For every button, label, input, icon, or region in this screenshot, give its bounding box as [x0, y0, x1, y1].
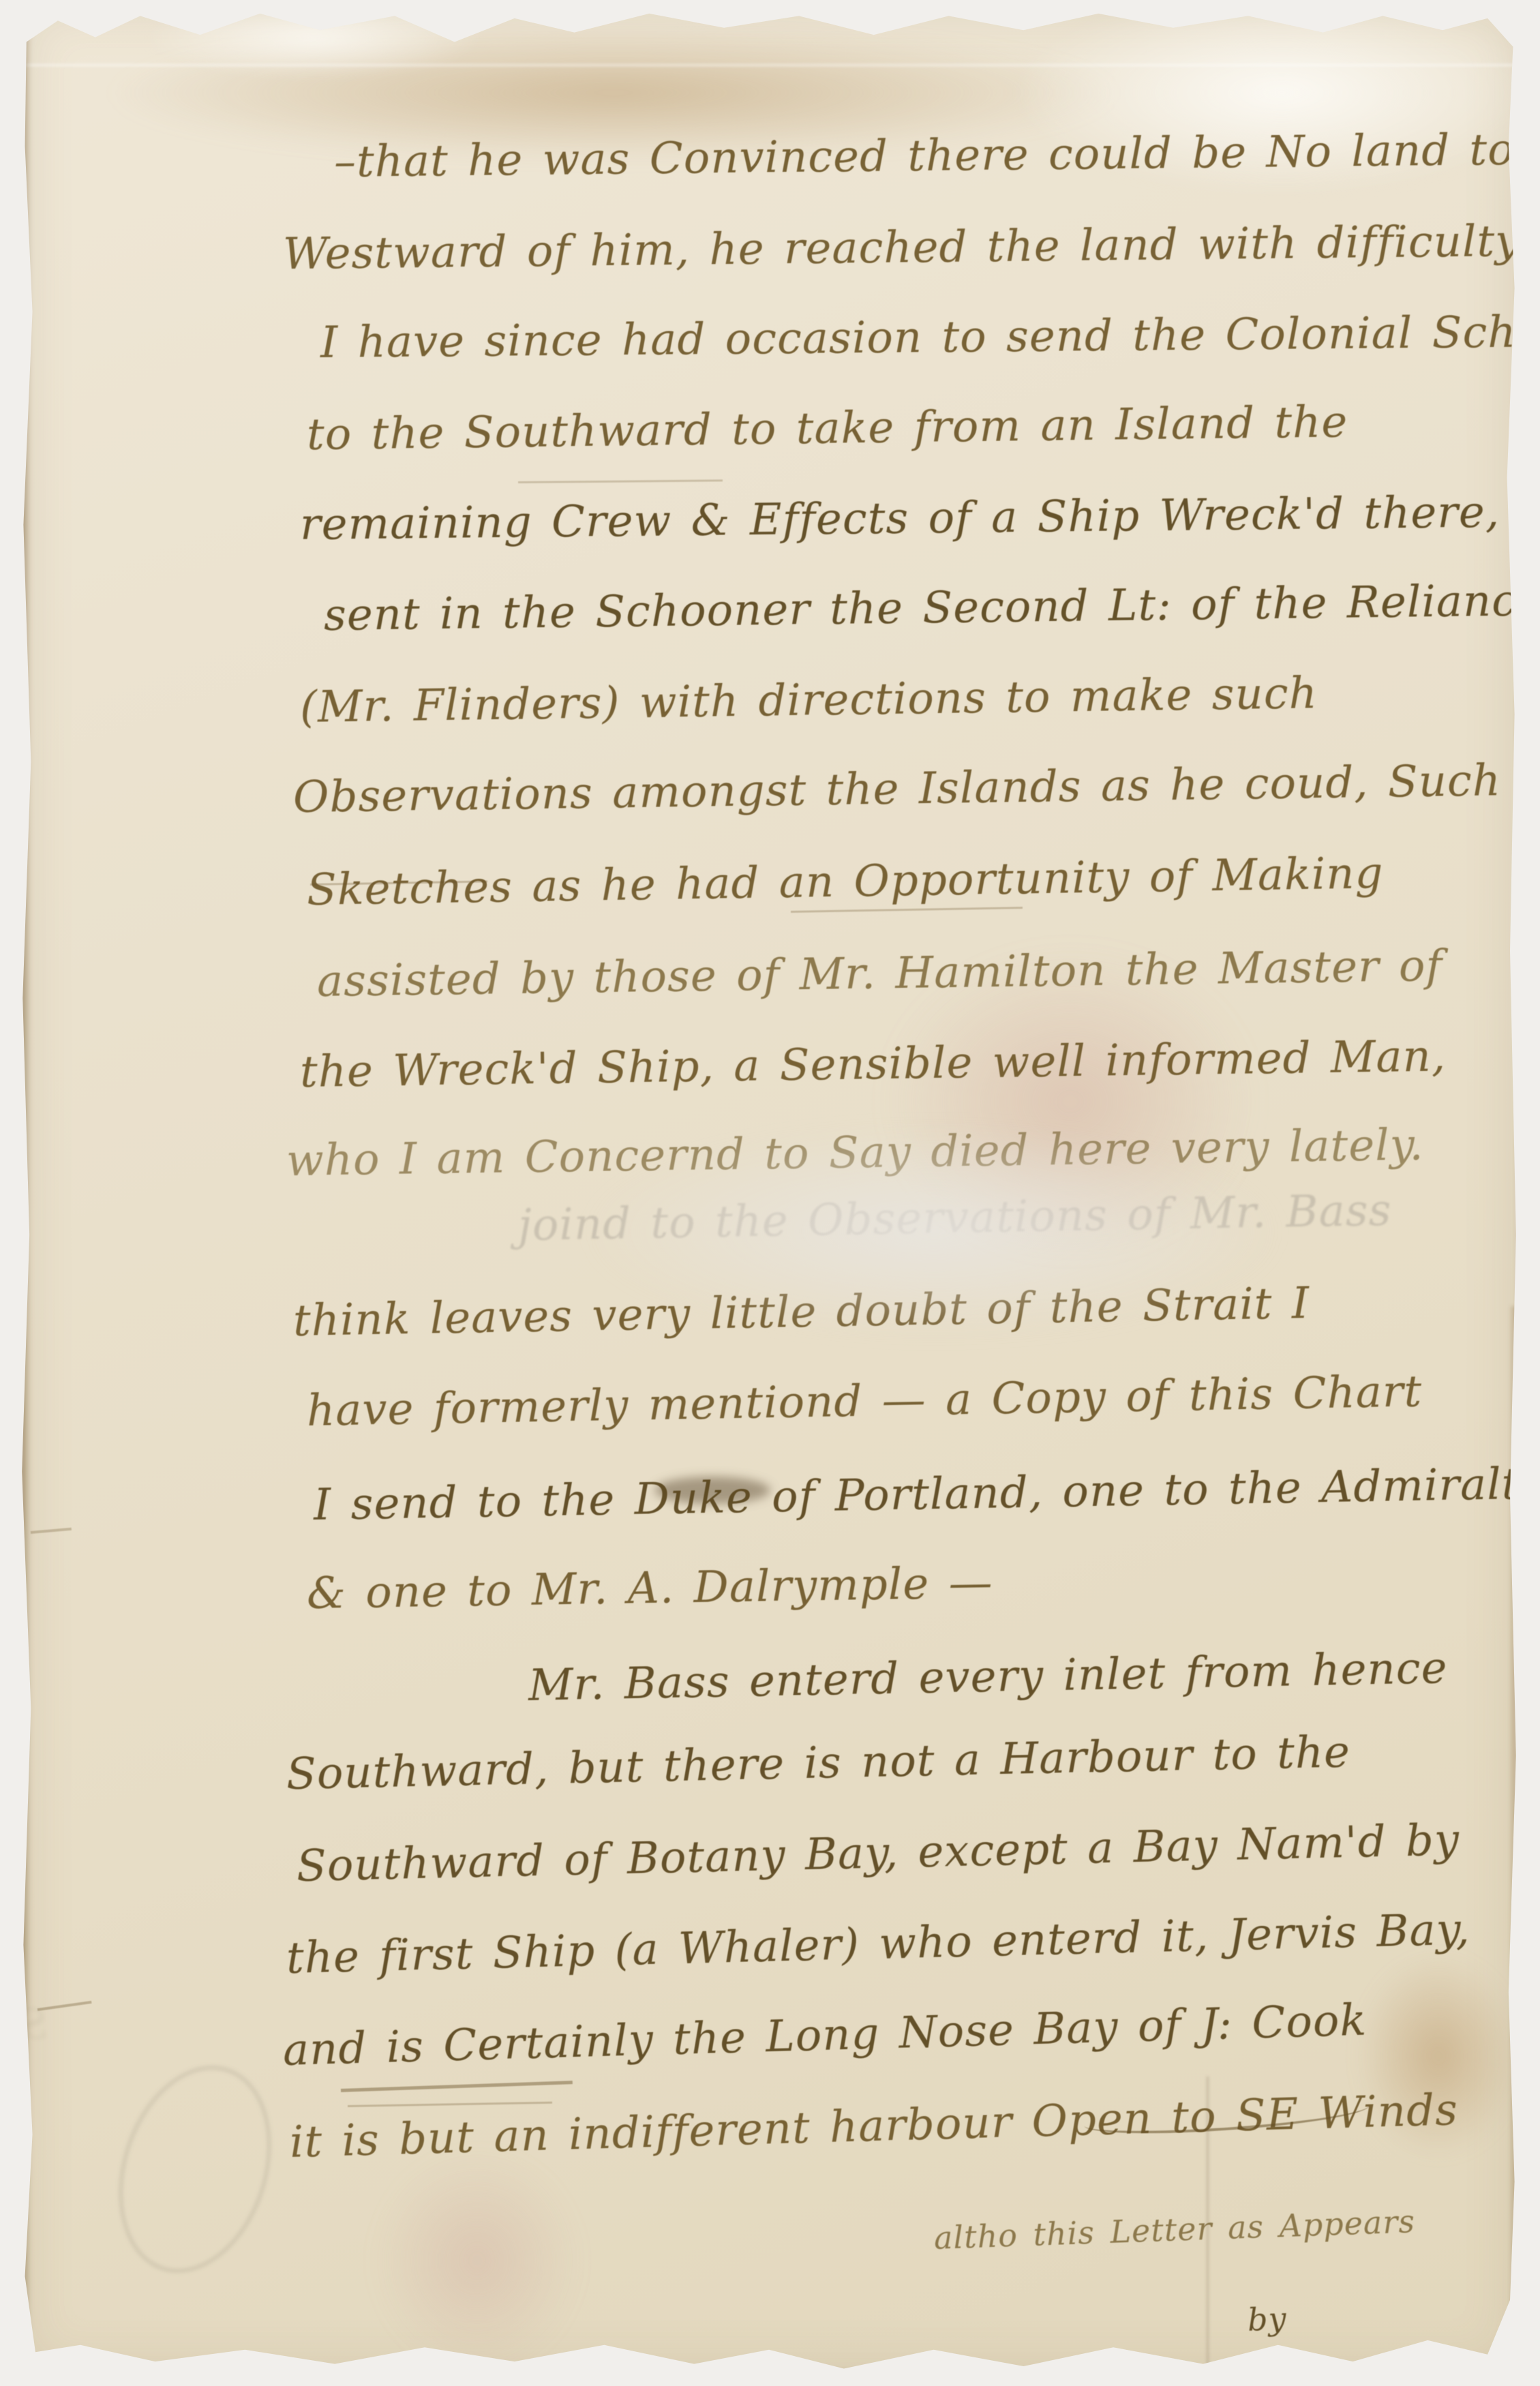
manuscript-line: Mr. Bass enterd every inlet from hence: [528, 1643, 1448, 1711]
crease-line-top: [20, 64, 1518, 66]
manuscript-line: Southward, but there is not a Harbour to…: [286, 1727, 1350, 1800]
manuscript-line: sent in the Schooner the Second Lt: of t…: [324, 575, 1540, 641]
annotation-line: altho this Letter as Appears: [933, 2203, 1416, 2256]
manuscript-line: and is Certainly the Long Nose Bay of J:…: [282, 1995, 1368, 2076]
catchword: by: [1247, 2300, 1287, 2338]
bottom-left-pink-stain: [375, 2151, 579, 2370]
manuscript-line: –that he was Convinced there could be No…: [334, 123, 1540, 187]
manuscript-line: assisted by those of Mr. Hamilton the Ma…: [316, 941, 1443, 1007]
manuscript-line: Southward of Botany Bay, except a Bay Na…: [296, 1815, 1460, 1892]
scan-background: { "page": { "background_color": "#f1efec…: [0, 0, 1540, 2386]
manuscript-line-faded: joind to the Observations of Mr. Bass: [517, 1186, 1392, 1251]
manuscript-line: who I am Concernd to Say died here very …: [286, 1120, 1424, 1186]
ink-underline-certainly-flourish: [348, 2102, 552, 2107]
letter-page: I have since had occasion to send the Co…: [20, 4, 1518, 2371]
ink-underline-certainly: [341, 2081, 573, 2092]
margin-dash: [31, 1528, 72, 1534]
ink-underline-to-take: [518, 479, 723, 483]
manuscript-line: remaining Crew & Effects of a Ship Wreck…: [300, 487, 1537, 550]
manuscript-line: Observations amongst the Islands as he c…: [292, 755, 1501, 823]
manuscript-line: have formerly mentiond — a Copy of this …: [306, 1366, 1422, 1436]
manuscript-line: to the Southward to take from an Island …: [307, 397, 1348, 460]
manuscript-line: the Wreck'd Ship, a Sensible well inform…: [299, 1031, 1446, 1098]
ghost-showthrough-line: Southward, but there is not a Harbour to…: [0, 1937, 49, 2049]
ghost-pencil-oval: [93, 2046, 297, 2293]
manuscript-line: the first Ship (a Whaler) who enterd it,…: [286, 1905, 1470, 1984]
manuscript-line: Westward of him, he reached the land wit…: [283, 215, 1540, 280]
manuscript-line: think leaves very little doubt of the St…: [292, 1278, 1310, 1346]
manuscript-line: I have since had occasion to send the Co…: [320, 306, 1540, 368]
right-edge-shade: [1511, 1306, 1518, 2371]
manuscript-line: (Mr. Flinders) with directions to make s…: [299, 668, 1318, 733]
manuscript-line: & one to Mr. A. Dalrymple —: [306, 1558, 993, 1619]
ink-underline-opportunity: [791, 907, 1023, 913]
top-left-light-patch: [143, 0, 484, 79]
manuscript-line: I send to the Duke of Portland, one to t…: [313, 1458, 1540, 1530]
